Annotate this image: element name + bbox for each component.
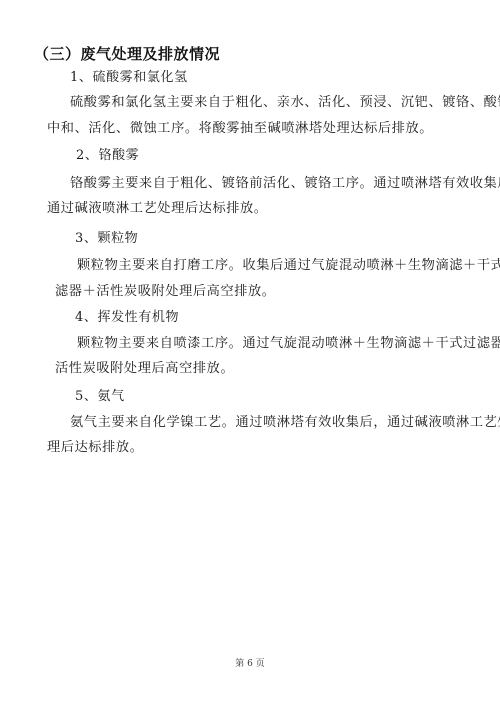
paragraph-line: 通过碱液喷淋工艺处理后达标排放。	[47, 201, 268, 217]
paragraph-line: 氨气主要来自化学镍工艺。通过喷淋塔有效收集后，通过碱液喷淋工艺处	[70, 415, 500, 431]
paragraph-line: 滤器＋活性炭吸附处理后高空排放。	[55, 284, 276, 300]
paragraph-line: 颗粒物主要来自喷漆工序。通过气旋混动喷淋＋生物滴滤＋干式过滤器＋	[77, 336, 500, 352]
section-title: （三）废气处理及排放情况	[34, 46, 220, 62]
item-heading-5: 5、氨气	[75, 389, 125, 405]
paragraph-line: 理后达标排放。	[47, 440, 144, 456]
page-footer: 第 6 页	[0, 656, 500, 669]
paragraph-line: 活性炭吸附处理后高空排放。	[55, 361, 234, 377]
paragraph-line: 颗粒物主要来自打磨工序。收集后通过气旋混动喷淋＋生物滴滤＋干式过	[77, 258, 500, 274]
paragraph-line: 铬酸雾主要来自于粗化、镀铬前活化、镀铬工序。通过喷淋塔有效收集后，	[70, 176, 500, 192]
item-heading-1: 1、硫酸雾和氯化氢	[70, 70, 188, 86]
paragraph-line: 中和、活化、微蚀工序。将酸雾抽至碱喷淋塔处理达标后排放。	[47, 121, 433, 137]
paragraph-line: 硫酸雾和氯化氢主要来自于粗化、亲水、活化、预浸、沉钯、镀铬、酸铜、	[70, 95, 500, 111]
item-heading-4: 4、挥发性有机物	[75, 310, 179, 326]
item-heading-2: 2、铬酸雾	[76, 148, 139, 164]
item-heading-3: 3、颗粒物	[75, 231, 138, 247]
